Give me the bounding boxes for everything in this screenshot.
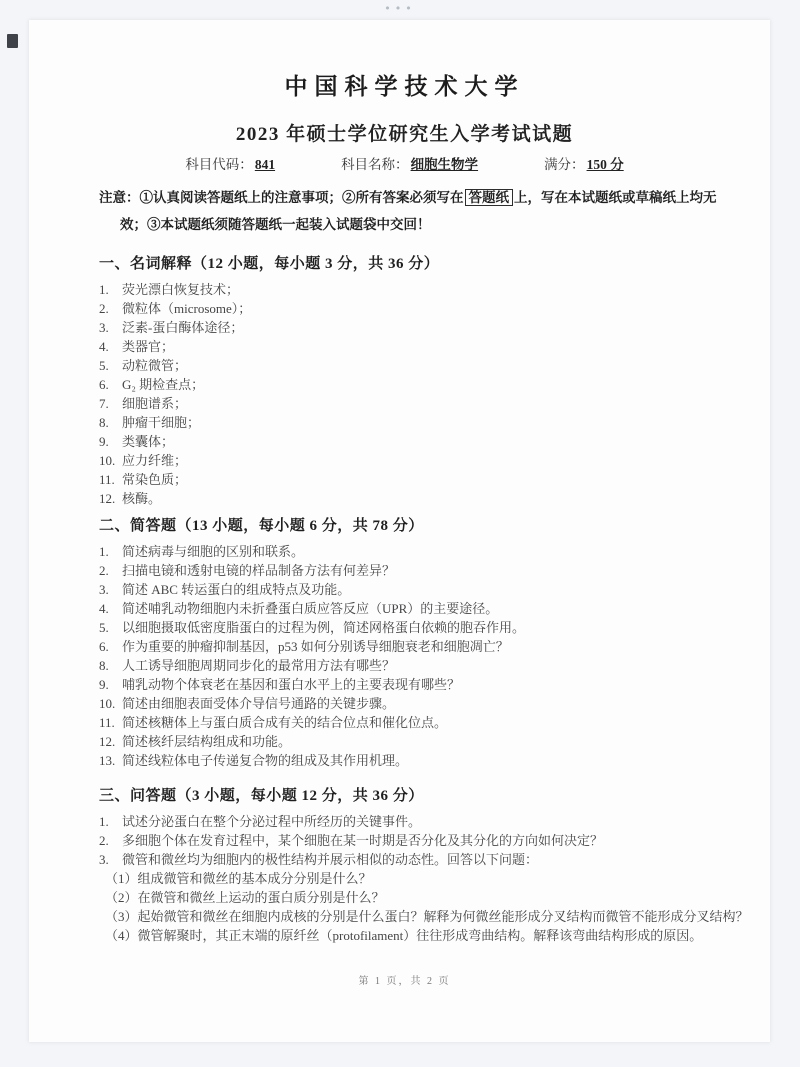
question-text: 简述核糖体上与蛋白质合成有关的结合位点和催化位点。 bbox=[122, 715, 447, 730]
question-list: 1.试述分泌蛋白在整个分泌过程中所经历的关键事件。2.多细胞个体在发育过程中，某… bbox=[99, 812, 758, 945]
glossary-question-item: 2.微粒体（microsome）； bbox=[99, 299, 710, 318]
subject-code: 科目代码：841 bbox=[185, 156, 275, 174]
question-text: 泛素-蛋白酶体途径； bbox=[122, 320, 243, 335]
short-answer-question-item: 3.简述 ABC 转运蛋白的组成特点及功能。 bbox=[99, 580, 710, 599]
question-text: 动粒微管； bbox=[122, 358, 187, 373]
page-footer: 第 1 页，共 2 页 bbox=[99, 975, 710, 989]
section-short-answer: 二、简答题（13 小题，每小题 6 分，共 78 分） 1.简述病毒与细胞的区别… bbox=[99, 516, 710, 770]
short-answer-question-item: 1.简述病毒与细胞的区别和联系。 bbox=[99, 542, 710, 561]
question-text: 哺乳动物个体衰老在基因和蛋白水平上的主要表现有哪些？ bbox=[122, 677, 460, 692]
question-text: 核酶。 bbox=[122, 491, 161, 506]
essay-question-item: 2.多细胞个体在发育过程中，某个细胞在某一时期是否分化及其分化的方向如何决定？ bbox=[99, 831, 758, 850]
short-answer-question-item: 10.简述由细胞表面受体介导信号通路的关键步骤。 bbox=[99, 694, 710, 713]
section-heading: 一、名词解释（12 小题，每小题 3 分，共 36 分） bbox=[99, 254, 710, 274]
glossary-question-item: 11.常染色质； bbox=[99, 470, 710, 489]
essay-question-item: 3.微管和微丝均为细胞内的极性结构并展示相似的动态性。回答以下问题： bbox=[99, 850, 758, 869]
question-text: 简述 ABC 转运蛋白的组成特点及功能。 bbox=[122, 582, 350, 597]
question-text: 简述病毒与细胞的区别和联系。 bbox=[122, 544, 304, 559]
glossary-question-item: 9.类囊体； bbox=[99, 432, 710, 451]
question-number: 8. bbox=[99, 656, 122, 675]
section-heading: 二、简答题（13 小题，每小题 6 分，共 78 分） bbox=[99, 516, 710, 536]
question-text: （2）在微管和微丝上运动的蛋白质分别是什么？ bbox=[105, 890, 385, 905]
question-number: 6. bbox=[99, 375, 122, 394]
glossary-question-item: 12.核酶。 bbox=[99, 489, 710, 508]
subject-code-label: 科目代码： bbox=[185, 157, 253, 172]
question-text: 作为重要的肿瘤抑制基因，p53 如何分别诱导细胞衰老和细胞凋亡？ bbox=[122, 639, 509, 654]
total-score: 满分：150 分 bbox=[544, 156, 624, 174]
question-text: 微粒体（microsome）； bbox=[122, 301, 251, 316]
question-number: 6. bbox=[99, 637, 122, 656]
essay-question-item: （2）在微管和微丝上运动的蛋白质分别是什么？ bbox=[99, 888, 758, 907]
section-heading: 三、问答题（3 小题，每小题 12 分，共 36 分） bbox=[99, 786, 710, 806]
question-number: 11. bbox=[99, 470, 122, 489]
question-number: 2. bbox=[99, 561, 122, 580]
glossary-question-item: 3.泛素-蛋白酶体途径； bbox=[99, 318, 710, 337]
question-number: 12. bbox=[99, 732, 122, 751]
screenshot-root: { "chrome": { "dots": "•••" }, "colors":… bbox=[0, 0, 800, 1067]
question-number: 4. bbox=[99, 599, 122, 618]
scan-corner-mark bbox=[7, 34, 18, 48]
glossary-question-item: 4.类器官； bbox=[99, 337, 710, 356]
question-text: 试述分泌蛋白在整个分泌过程中所经历的关键事件。 bbox=[122, 814, 421, 829]
question-text: 荧光漂白恢复技术； bbox=[122, 282, 239, 297]
question-number: 2. bbox=[99, 299, 122, 318]
notice-text-2: 上，写在本试题纸或草稿纸上均无 bbox=[514, 190, 717, 205]
glossary-question-item: 1.荧光漂白恢复技术； bbox=[99, 280, 710, 299]
section-glossary: 一、名词解释（12 小题，每小题 3 分，共 36 分） 1.荧光漂白恢复技术；… bbox=[99, 254, 710, 508]
short-answer-question-item: 5.以细胞摄取低密度脂蛋白的过程为例，简述网格蛋白依赖的胞吞作用。 bbox=[99, 618, 710, 637]
question-number: 12. bbox=[99, 489, 122, 508]
question-text: 简述哺乳动物细胞内未折叠蛋白质应答反应（UPR）的主要途径。 bbox=[122, 601, 498, 616]
question-number: 7. bbox=[99, 394, 122, 413]
question-text: （1）组成微管和微丝的基本成分分别是什么？ bbox=[105, 871, 372, 886]
essay-question-item: 1.试述分泌蛋白在整个分泌过程中所经历的关键事件。 bbox=[99, 812, 758, 831]
question-text: 细胞谱系； bbox=[122, 396, 187, 411]
exam-title: 2023 年硕士学位研究生入学考试试题 bbox=[99, 122, 710, 148]
university-name: 中国科学技术大学 bbox=[99, 72, 710, 102]
question-list: 1.荧光漂白恢复技术；2.微粒体（microsome）；3.泛素-蛋白酶体途径；… bbox=[99, 280, 710, 508]
notice-label: 注意： bbox=[99, 190, 140, 205]
question-text: 类囊体； bbox=[122, 434, 174, 449]
question-number: 5. bbox=[99, 356, 122, 375]
subject-name-value: 细胞生物学 bbox=[411, 157, 479, 172]
question-number: 1. bbox=[99, 542, 122, 561]
notice-text-1: ①认真阅读答题纸上的注意事项；②所有答案必须写在 bbox=[140, 190, 464, 205]
question-text: 肿瘤干细胞； bbox=[122, 415, 200, 430]
essay-question-item: （1）组成微管和微丝的基本成分分别是什么？ bbox=[99, 869, 758, 888]
short-answer-question-item: 8.人工诱导细胞周期同步化的最常用方法有哪些？ bbox=[99, 656, 710, 675]
notice-line-2: 效；③本试题纸须随答题纸一起装入试题袋中交回！ bbox=[120, 211, 710, 238]
question-number: 3. bbox=[99, 580, 122, 599]
question-number: 4. bbox=[99, 337, 122, 356]
total-score-value: 150 分 bbox=[587, 157, 624, 172]
question-text: 常染色质； bbox=[122, 472, 187, 487]
short-answer-question-item: 6.作为重要的肿瘤抑制基因，p53 如何分别诱导细胞衰老和细胞凋亡？ bbox=[99, 637, 710, 656]
glossary-question-item: 7.细胞谱系； bbox=[99, 394, 710, 413]
glossary-question-item: 6.G₂ 期检查点； bbox=[99, 375, 710, 394]
question-number: 2. bbox=[99, 831, 122, 850]
subject-code-value: 841 bbox=[255, 157, 275, 172]
question-text: 人工诱导细胞周期同步化的最常用方法有哪些？ bbox=[122, 658, 395, 673]
notice-line-1: 注意：①认真阅读答题纸上的注意事项；②所有答案必须写在答题纸上，写在本试题纸或草… bbox=[99, 184, 710, 211]
question-text: 以细胞摄取低密度脂蛋白的过程为例，简述网格蛋白依赖的胞吞作用。 bbox=[122, 620, 525, 635]
short-answer-question-item: 9.哺乳动物个体衰老在基因和蛋白水平上的主要表现有哪些？ bbox=[99, 675, 710, 694]
question-text: 应力纤维； bbox=[122, 453, 187, 468]
question-text: 简述由细胞表面受体介导信号通路的关键步骤。 bbox=[122, 696, 395, 711]
question-number: 13. bbox=[99, 751, 122, 770]
question-number: 3. bbox=[99, 850, 122, 869]
essay-question-item: （3）起始微管和微丝在细胞内成核的分别是什么蛋白？解释为何微丝能形成分叉结构而微… bbox=[99, 907, 758, 926]
question-number: 8. bbox=[99, 413, 122, 432]
notice: 注意：①认真阅读答题纸上的注意事项；②所有答案必须写在答题纸上，写在本试题纸或草… bbox=[99, 184, 710, 238]
short-answer-question-item: 2.扫描电镜和透射电镜的样品制备方法有何差异？ bbox=[99, 561, 710, 580]
question-number: 1. bbox=[99, 280, 122, 299]
essay-question-item: （4）微管解聚时，其正末端的原纤丝（protofilament）往往形成弯曲结构… bbox=[99, 926, 758, 945]
question-text: G₂ 期检查点； bbox=[122, 377, 204, 392]
total-score-label: 满分： bbox=[544, 157, 585, 172]
question-list: 1.简述病毒与细胞的区别和联系。2.扫描电镜和透射电镜的样品制备方法有何差异？3… bbox=[99, 542, 710, 770]
question-number: 3. bbox=[99, 318, 122, 337]
short-answer-question-item: 4.简述哺乳动物细胞内未折叠蛋白质应答反应（UPR）的主要途径。 bbox=[99, 599, 710, 618]
question-text: 类器官； bbox=[122, 339, 174, 354]
subject-name-label: 科目名称： bbox=[341, 157, 409, 172]
answer-sheet-box: 答题纸 bbox=[465, 189, 514, 206]
exam-paper-page: 中国科学技术大学 2023 年硕士学位研究生入学考试试题 科目代码：841 科目… bbox=[29, 20, 770, 1042]
question-text: 扫描电镜和透射电镜的样品制备方法有何差异？ bbox=[122, 563, 395, 578]
question-text: （4）微管解聚时，其正末端的原纤丝（protofilament）往往形成弯曲结构… bbox=[105, 928, 702, 943]
question-number: 11. bbox=[99, 713, 122, 732]
question-text: （3）起始微管和微丝在细胞内成核的分别是什么蛋白？解释为何微丝能形成分叉结构而微… bbox=[105, 909, 749, 924]
question-text: 多细胞个体在发育过程中，某个细胞在某一时期是否分化及其分化的方向如何决定？ bbox=[122, 833, 603, 848]
question-number: 9. bbox=[99, 432, 122, 451]
question-number: 5. bbox=[99, 618, 122, 637]
question-text: 简述核纤层结构组成和功能。 bbox=[122, 734, 291, 749]
glossary-question-item: 5.动粒微管； bbox=[99, 356, 710, 375]
subject-name: 科目名称：细胞生物学 bbox=[341, 156, 478, 174]
short-answer-question-item: 13.简述线粒体电子传递复合物的组成及其作用机理。 bbox=[99, 751, 710, 770]
subject-meta-row: 科目代码：841 科目名称：细胞生物学 满分：150 分 bbox=[99, 156, 710, 174]
question-number: 10. bbox=[99, 694, 122, 713]
question-number: 1. bbox=[99, 812, 122, 831]
short-answer-question-item: 11.简述核糖体上与蛋白质合成有关的结合位点和催化位点。 bbox=[99, 713, 710, 732]
short-answer-question-item: 12.简述核纤层结构组成和功能。 bbox=[99, 732, 710, 751]
section-essay: 三、问答题（3 小题，每小题 12 分，共 36 分） 1.试述分泌蛋白在整个分… bbox=[99, 786, 710, 945]
question-number: 10. bbox=[99, 451, 122, 470]
glossary-question-item: 10.应力纤维； bbox=[99, 451, 710, 470]
question-text: 简述线粒体电子传递复合物的组成及其作用机理。 bbox=[122, 753, 408, 768]
more-options-indicator[interactable]: ••• bbox=[0, 2, 800, 15]
glossary-question-item: 8.肿瘤干细胞； bbox=[99, 413, 710, 432]
question-text: 微管和微丝均为细胞内的极性结构并展示相似的动态性。回答以下问题： bbox=[122, 852, 538, 867]
question-number: 9. bbox=[99, 675, 122, 694]
